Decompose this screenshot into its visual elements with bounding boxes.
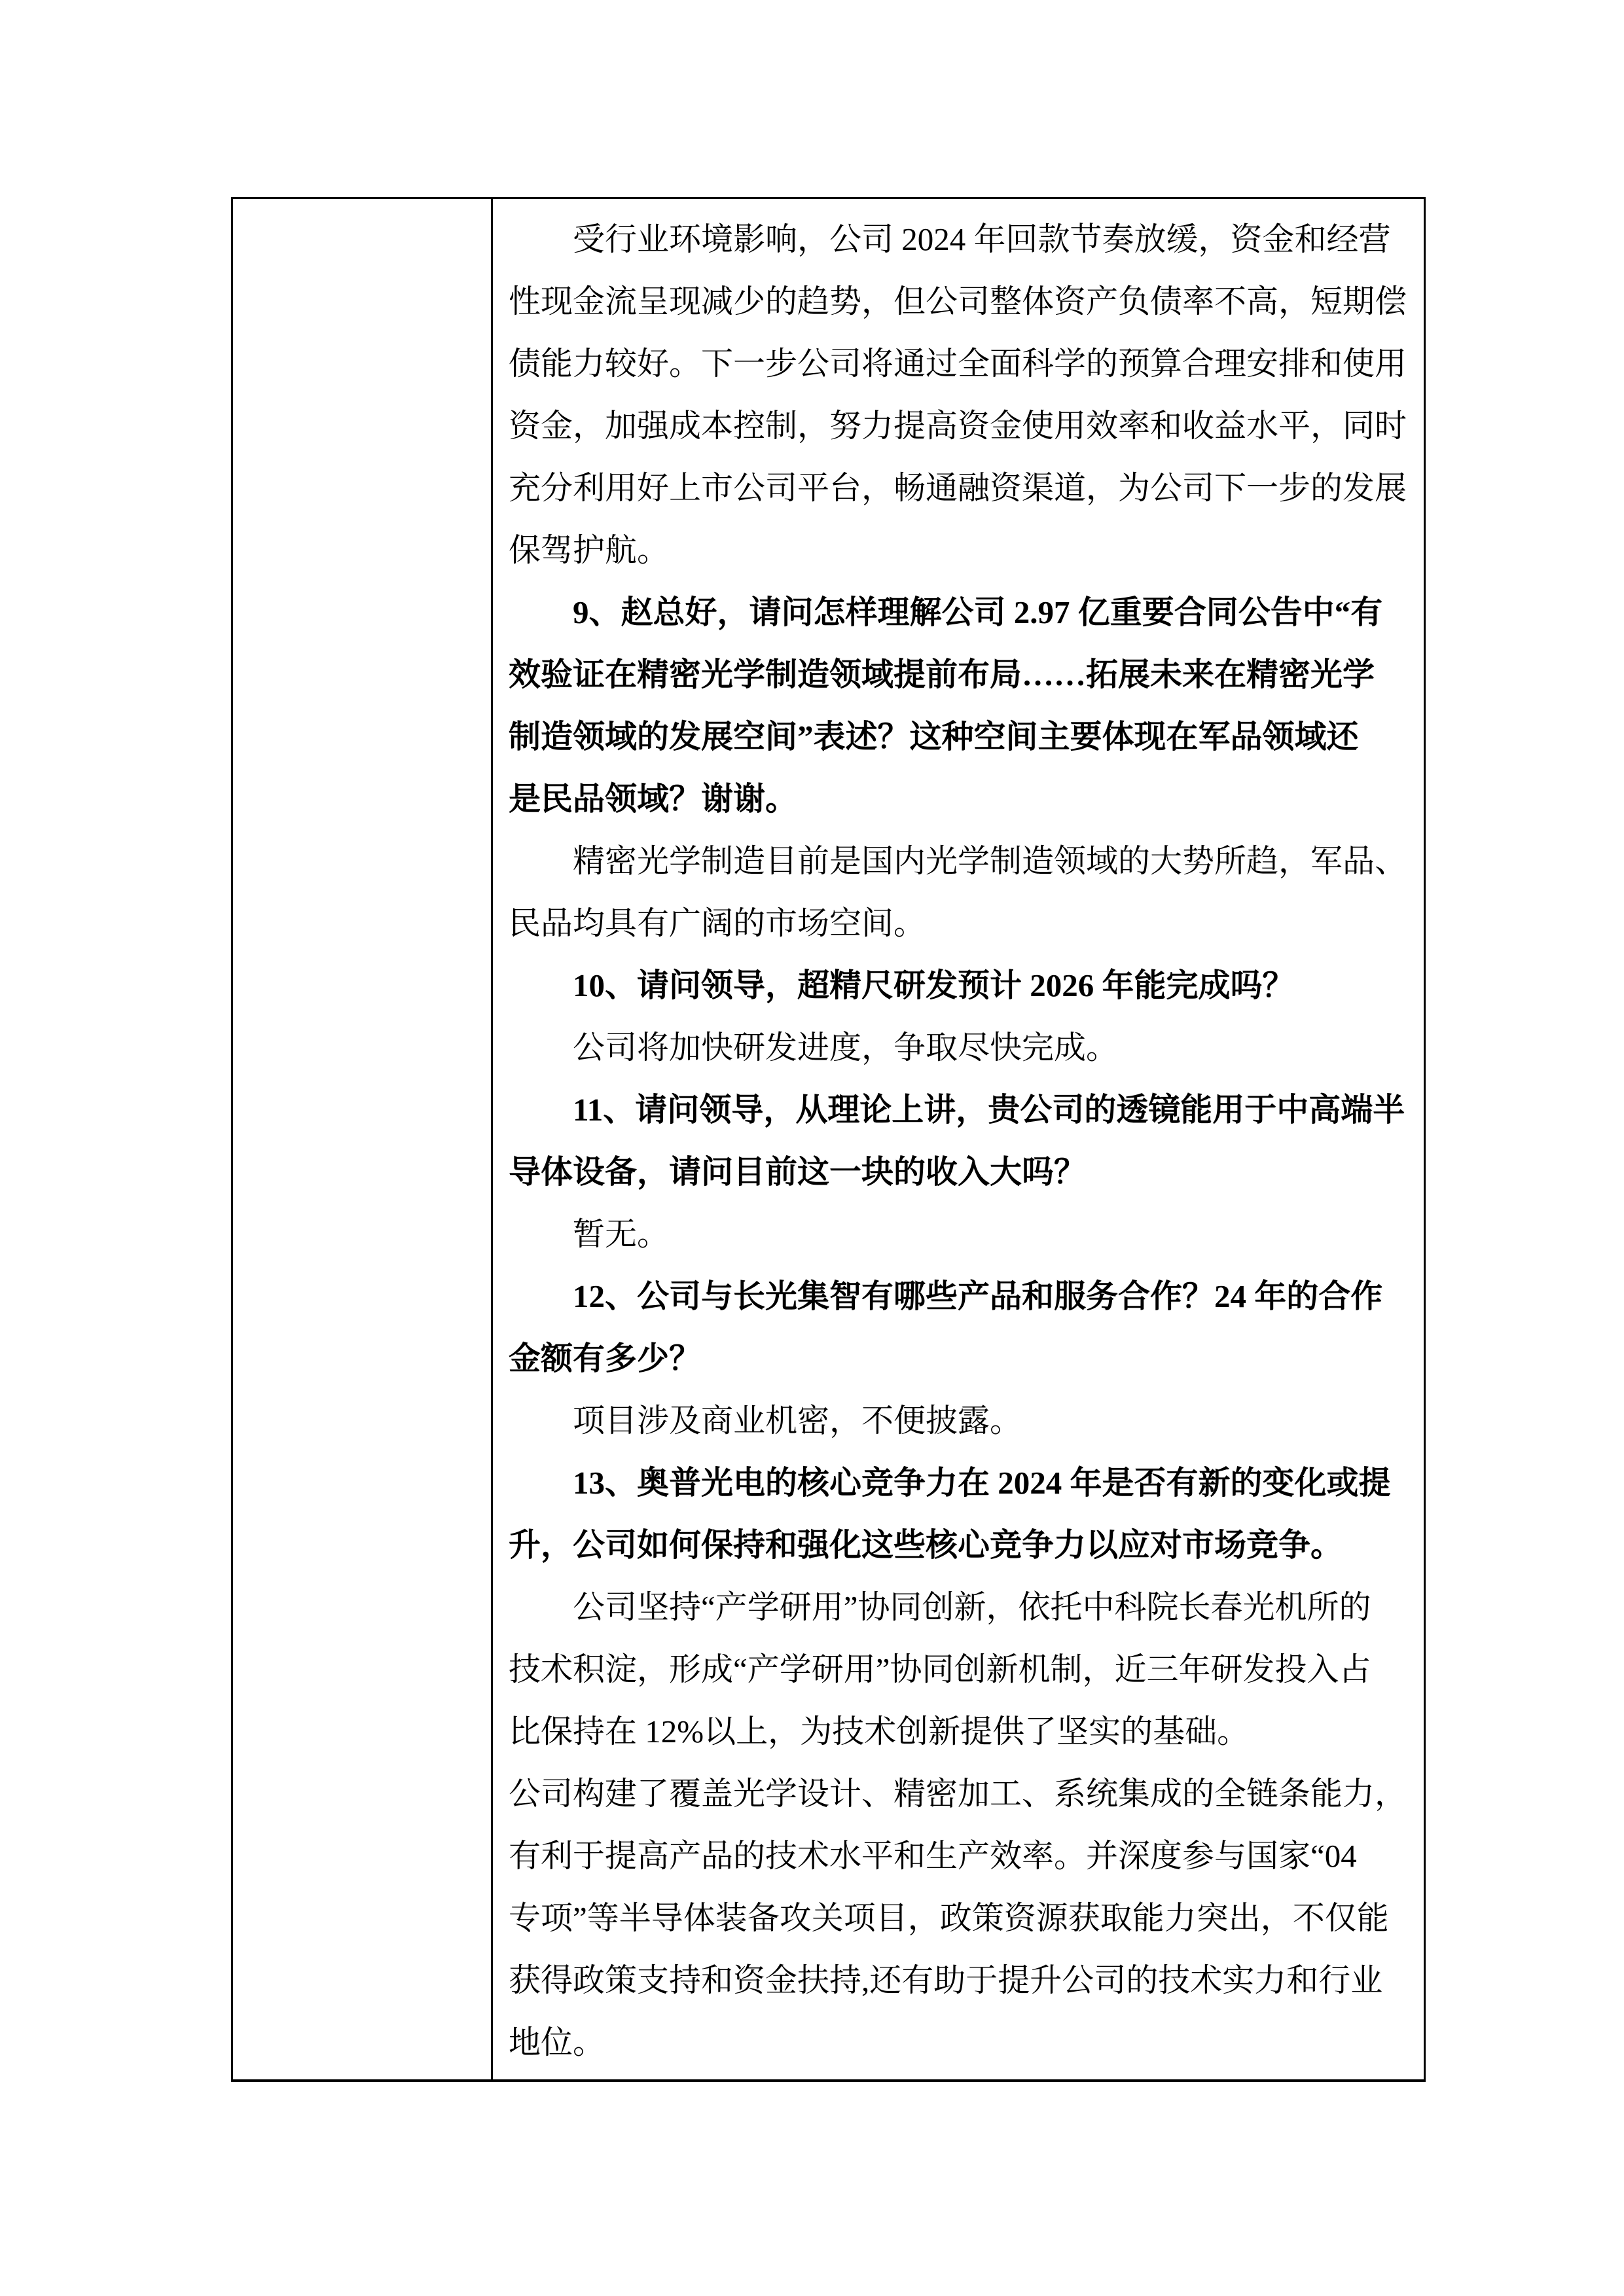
table-left-cell xyxy=(233,199,493,2079)
answer-paragraph: 公司坚持“产学研用”协同创新，依托中科院长春光机所的 技术积淀，形成“产学研用”… xyxy=(509,1576,1409,1763)
question-paragraph: 10、请问领导，超精尺研发预计 2026 年能完成吗？ xyxy=(509,954,1409,1016)
question-paragraph: 11、请问领导，从理论上讲，贵公司的透镜能用于中高端半 导体设备，请问目前这一块… xyxy=(509,1079,1409,1203)
question-paragraph: 12、公司与长光集智有哪些产品和服务合作？24 年的合作 金额有多少？ xyxy=(509,1265,1409,1390)
answer-paragraph: 暂无。 xyxy=(509,1203,1409,1265)
table-right-cell: 受行业环境影响，公司 2024 年回款节奏放缓，资金和经营 性现金流呈现减少的趋… xyxy=(493,199,1424,2079)
answer-paragraph: 受行业环境影响，公司 2024 年回款节奏放缓，资金和经营 性现金流呈现减少的趋… xyxy=(509,208,1409,581)
question-paragraph: 9、赵总好，请问怎样理解公司 2.97 亿重要合同公告中“有 效验证在精密光学制… xyxy=(509,581,1409,830)
question-paragraph: 13、奥普光电的核心竞争力在 2024 年是否有新的变化或提 升，公司如何保持和… xyxy=(509,1452,1409,1576)
answer-paragraph: 公司构建了覆盖光学设计、精密加工、系统集成的全链条能力， 有利于提高产品的技术水… xyxy=(509,1763,1409,2073)
document-page: 受行业环境影响，公司 2024 年回款节奏放缓，资金和经营 性现金流呈现减少的趋… xyxy=(0,0,1624,2296)
answer-paragraph: 公司将加快研发进度，争取尽快完成。 xyxy=(509,1016,1409,1079)
answer-paragraph: 精密光学制造目前是国内光学制造领域的大势所趋，军品、 民品均具有广阔的市场空间。 xyxy=(509,830,1409,954)
answer-paragraph: 项目涉及商业机密，不便披露。 xyxy=(509,1390,1409,1452)
record-table: 受行业环境影响，公司 2024 年回款节奏放缓，资金和经营 性现金流呈现减少的趋… xyxy=(231,197,1426,2082)
